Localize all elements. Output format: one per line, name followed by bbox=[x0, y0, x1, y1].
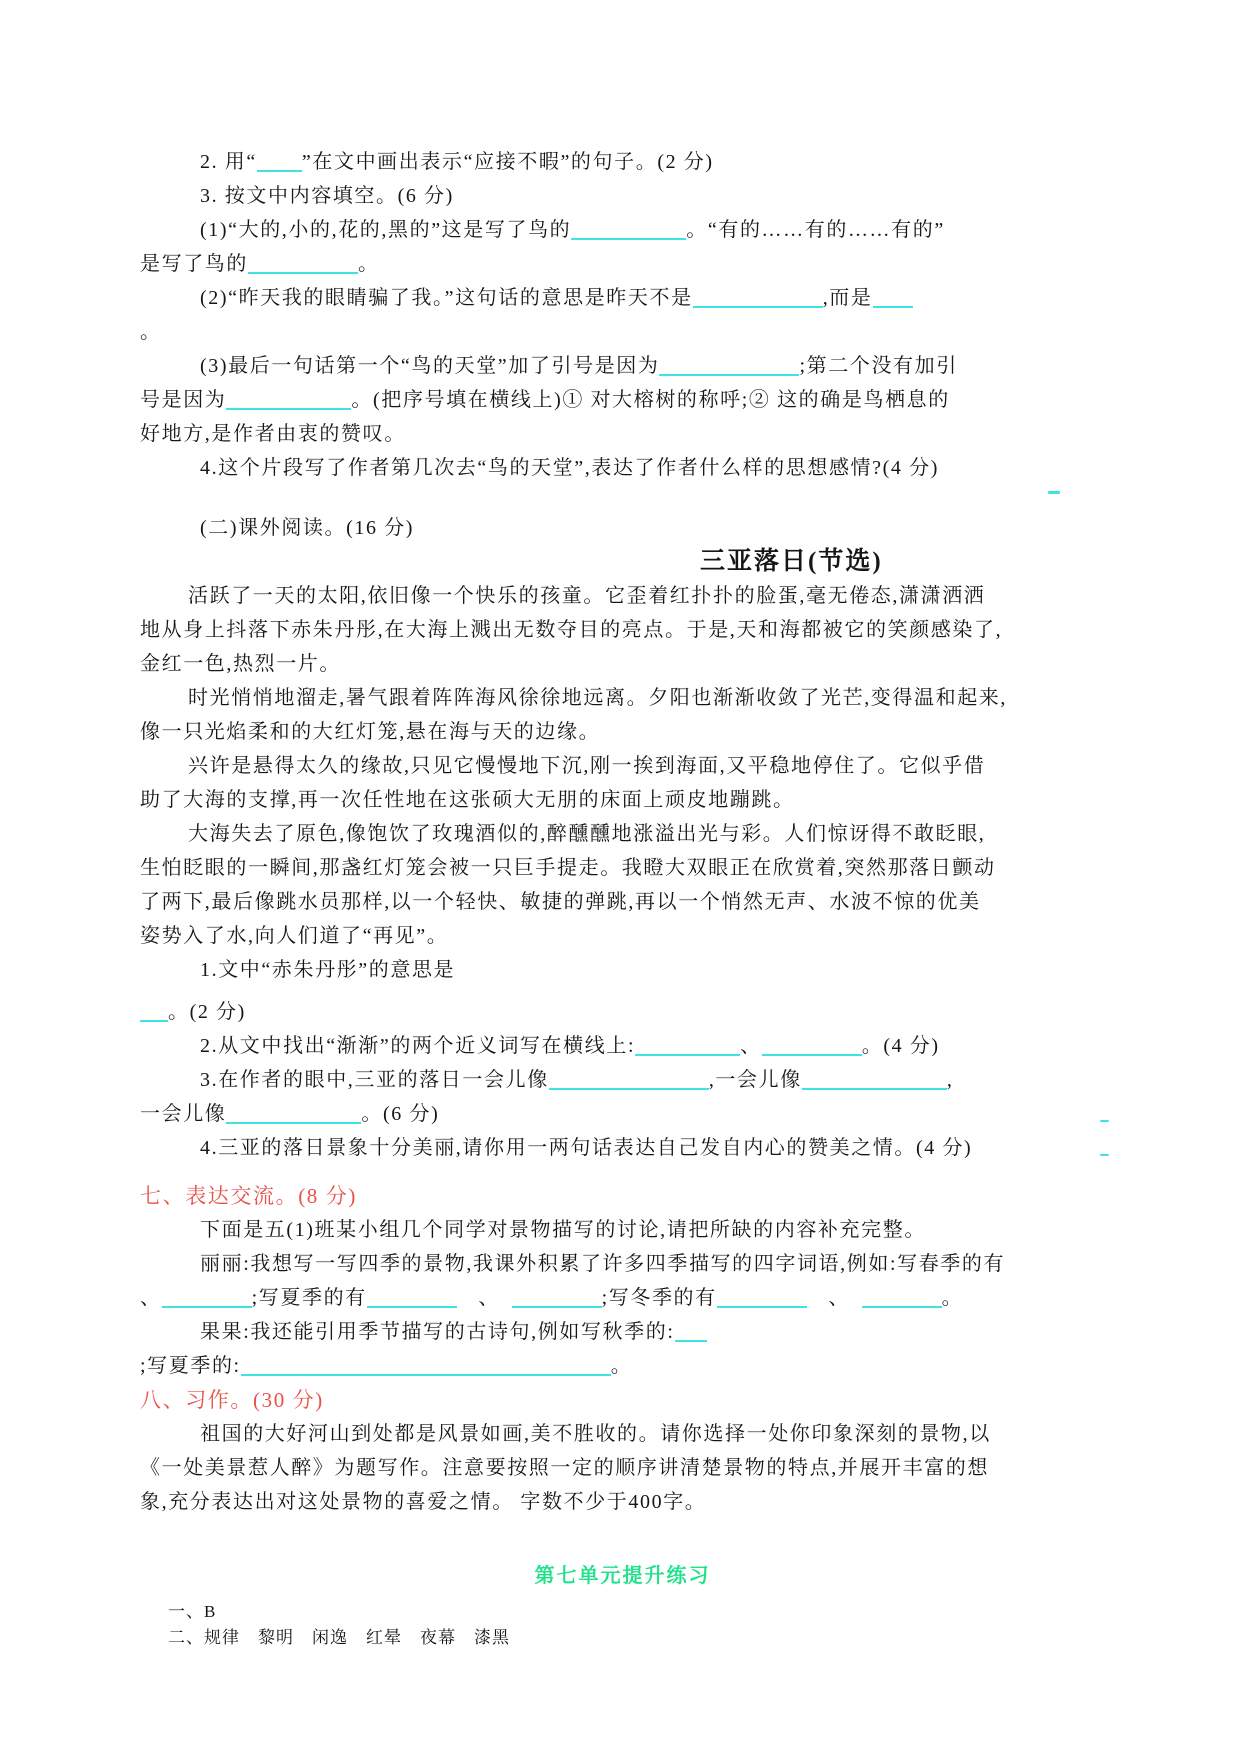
answer-key-title: 第七单元提升练习 bbox=[140, 1559, 1105, 1593]
answer-blank bbox=[675, 1318, 707, 1342]
text-run: 号是因为 bbox=[140, 389, 226, 411]
text-run: ;第二个没有加引 bbox=[799, 355, 957, 377]
text-run: 兴许是悬得太久的缘故,只见它慢慢地下沉,刚一挨到海面,又平稳地停住了。它似乎借 bbox=[188, 755, 985, 777]
lili-line1: 丽丽:我想写一写四季的景物,我课外积累了许多四季描写的四字词语,例如:写春季的有 bbox=[140, 1247, 1105, 1281]
text-run: 三亚落日(节选) bbox=[700, 548, 883, 575]
text-run: 。(2 分) bbox=[168, 1001, 246, 1023]
text-run: 姿势入了水,向人们道了“再见”。 bbox=[140, 925, 448, 947]
scan-artifact-dash bbox=[1100, 1120, 1109, 1122]
text-run: 。(把序号填在横线上)① 对大榕树的称呼;② 这的确是鸟栖息的 bbox=[351, 389, 949, 411]
text-run: 助了大海的支撑,再一次任性地在这张硕大无朋的床面上顽皮地蹦跳。 bbox=[140, 789, 795, 811]
text-run: 祖国的大好河山到处都是风景如画,美不胜收的。请你选择一处你印象深刻的景物,以 bbox=[200, 1423, 991, 1445]
answer-blank bbox=[659, 352, 799, 376]
q2-line: 2. 用“”在文中画出表示“应接不暇”的句子。(2 分) bbox=[140, 145, 1105, 179]
s8-line3: 象,充分表达出对这处景物的喜爱之情。 字数不少于400字。 bbox=[140, 1485, 1105, 1519]
answer-blank bbox=[140, 998, 168, 1022]
answer-blank bbox=[635, 1032, 740, 1056]
para3-line1: 兴许是悬得太久的缘故,只见它慢慢地下沉,刚一挨到海面,又平稳地停住了。它似乎借 bbox=[140, 749, 1105, 783]
text-run: 七、表达交流。(8 分) bbox=[140, 1184, 357, 1208]
text-run: 3. 按文中内容填空。(6 分) bbox=[200, 185, 454, 207]
answer-blank bbox=[571, 216, 686, 240]
answer-blank bbox=[226, 386, 351, 410]
rq1-answer-line: 。(2 分) bbox=[140, 995, 1105, 1029]
text-run: 。“有的……有的……有的” bbox=[686, 219, 945, 241]
exam-page: 2. 用“”在文中画出表示“应接不暇”的句子。(2 分)3. 按文中内容填空。(… bbox=[0, 0, 1241, 1754]
gap-before-reading2 bbox=[140, 485, 1105, 511]
text-run: 果果:我还能引用季节描写的古诗句,例如写秋季的: bbox=[200, 1321, 675, 1343]
answer-blank bbox=[693, 284, 823, 308]
text-run: 生怕眨眼的一瞬间,那盏红灯笼会被一只巨手提走。我瞪大双眼正在欣赏着,突然那落日颤… bbox=[140, 857, 996, 879]
answer-blank bbox=[226, 1100, 361, 1124]
rq1-line: 1.文中“赤朱丹彤”的意思是 bbox=[140, 953, 1105, 987]
section7-heading: 七、表达交流。(8 分) bbox=[140, 1179, 1105, 1213]
text-run: 丽丽:我想写一写四季的景物,我课外积累了许多四季描写的四字词语,例如:写春季的有 bbox=[200, 1253, 1005, 1275]
scan-artifact-dash bbox=[1100, 1154, 1109, 1156]
text-run: ;写冬季的有 bbox=[602, 1287, 717, 1309]
s8-line1: 祖国的大好河山到处都是风景如画,美不胜收的。请你选择一处你印象深刻的景物,以 bbox=[140, 1417, 1105, 1451]
text-run: 大海失去了原色,像饱饮了玫瑰酒似的,醉醺醺地涨溢出光与彩。人们惊讶得不敢眨眼, bbox=[188, 823, 985, 845]
text-run: 八、习作。(30 分) bbox=[140, 1388, 324, 1412]
text-run: ;写夏季的有 bbox=[252, 1287, 367, 1309]
passage-title: 三亚落日(节选) bbox=[140, 545, 1105, 579]
answer-blank bbox=[717, 1284, 807, 1308]
text-run: (1)“大的,小的,花的,黑的”这是写了鸟的 bbox=[200, 219, 571, 241]
para4-line4: 姿势入了水,向人们道了“再见”。 bbox=[140, 919, 1105, 953]
rq3-line: 3.在作者的眼中,三亚的落日一会儿像,一会儿像, bbox=[140, 1063, 1105, 1097]
q4-line: 4.这个片段写了作者第几次去“鸟的天堂”,表达了作者什么样的思想感情?(4 分) bbox=[140, 451, 1105, 485]
text-run: (2)“昨天我的眼睛骗了我。”这句话的意思是昨天不是 bbox=[200, 287, 693, 309]
answer-blank bbox=[549, 1066, 709, 1090]
text-run: 好地方,是作者由衷的赞叹。 bbox=[140, 423, 406, 445]
scan-artifact-dash bbox=[1048, 491, 1060, 494]
text-run: 像一只光焰柔和的大红灯笼,悬在海与天的边缘。 bbox=[140, 721, 600, 743]
answer-blank bbox=[802, 1066, 947, 1090]
answer-blank bbox=[248, 250, 358, 274]
answer-blank bbox=[367, 1284, 457, 1308]
lili-line2: 、;写夏季的有 、 ;写冬季的有 、 。 bbox=[140, 1281, 1105, 1315]
answer-key-line1: 一、B bbox=[140, 1599, 1105, 1625]
text-run: (二)课外阅读。(16 分) bbox=[200, 517, 414, 539]
answer-key-line2: 二、规律 黎明 闲逸 红晕 夜幕 漆黑 bbox=[140, 1625, 1105, 1651]
gap-before-section7 bbox=[140, 1165, 1105, 1179]
text-run: 、 bbox=[740, 1035, 762, 1057]
rq2-line: 2.从文中找出“渐渐”的两个近义词写在横线上:、。(4 分) bbox=[140, 1029, 1105, 1063]
para2-line1: 时光悄悄地溜走,暑气跟着阵阵海风徐徐地远离。夕阳也渐渐收敛了光芒,变得温和起来, bbox=[140, 681, 1105, 715]
text-run: 。 bbox=[942, 1287, 964, 1309]
para2-line2: 像一只光焰柔和的大红灯笼,悬在海与天的边缘。 bbox=[140, 715, 1105, 749]
answer-blank bbox=[257, 148, 302, 172]
text-run: 。(4 分) bbox=[862, 1035, 940, 1057]
q3-1-line: (1)“大的,小的,花的,黑的”这是写了鸟的。“有的……有的……有的” bbox=[140, 213, 1105, 247]
document-body: 2. 用“”在文中画出表示“应接不暇”的句子。(2 分)3. 按文中内容填空。(… bbox=[140, 145, 1105, 1651]
text-run: 4.三亚的落日景象十分美丽,请你用一两句话表达自己发自内心的赞美之情。(4 分) bbox=[200, 1137, 972, 1159]
answer-blank bbox=[512, 1284, 602, 1308]
text-run: 了两下,最后像跳水员那样,以一个轻快、敏捷的弹跳,再以一个悄然无声、水波不惊的优… bbox=[140, 891, 981, 913]
answer-blank bbox=[162, 1284, 252, 1308]
guoguo-line2: ;写夏季的:。 bbox=[140, 1349, 1105, 1383]
answer-blank bbox=[873, 284, 913, 308]
answer-blank bbox=[762, 1032, 862, 1056]
rq3-wrap: 一会儿像。(6 分) bbox=[140, 1097, 1105, 1131]
text-run: 地从身上抖落下赤朱丹彤,在大海上溅出无数夺目的亮点。于是,天和海都被它的笑颜感染… bbox=[140, 619, 1002, 641]
answer-blank bbox=[862, 1284, 942, 1308]
text-run: ,一会儿像 bbox=[709, 1069, 802, 1091]
text-run: 一会儿像 bbox=[140, 1103, 226, 1125]
text-run: 第七单元提升练习 bbox=[535, 1565, 711, 1587]
text-run: 3.在作者的眼中,三亚的落日一会儿像 bbox=[200, 1069, 549, 1091]
text-run: 、 bbox=[140, 1287, 162, 1309]
para4-line1: 大海失去了原色,像饱饮了玫瑰酒似的,醉醺醺地涨溢出光与彩。人们惊讶得不敢眨眼, bbox=[140, 817, 1105, 851]
text-run: 。(6 分) bbox=[361, 1103, 439, 1125]
text-run: 1.文中“赤朱丹彤”的意思是 bbox=[200, 959, 455, 981]
gap-before-answers bbox=[140, 1519, 1105, 1559]
rq4-line: 4.三亚的落日景象十分美丽,请你用一两句话表达自己发自内心的赞美之情。(4 分) bbox=[140, 1131, 1105, 1165]
text-run: 2. 用“ bbox=[200, 151, 257, 173]
text-run: 。 bbox=[358, 253, 380, 275]
text-run: 象,充分表达出对这处景物的喜爱之情。 字数不少于400字。 bbox=[140, 1491, 706, 1513]
text-run: 《一处美景惹人醉》为题写作。注意要按照一定的顺序讲清楚景物的特点,并展开丰富的想 bbox=[140, 1457, 989, 1479]
text-run: ”在文中画出表示“应接不暇”的句子。(2 分) bbox=[302, 151, 714, 173]
text-run: 4.这个片段写了作者第几次去“鸟的天堂”,表达了作者什么样的思想感情?(4 分) bbox=[200, 457, 939, 479]
q3-1-wrap: 是写了鸟的。 bbox=[140, 247, 1105, 281]
q3-2-wrap: 。 bbox=[140, 315, 1105, 349]
text-run: 是写了鸟的 bbox=[140, 253, 248, 275]
para1-line2: 地从身上抖落下赤朱丹彤,在大海上溅出无数夺目的亮点。于是,天和海都被它的笑颜感染… bbox=[140, 613, 1105, 647]
text-run: 、 bbox=[807, 1287, 862, 1309]
text-run: 时光悄悄地溜走,暑气跟着阵阵海风徐徐地远离。夕阳也渐渐收敛了光芒,变得温和起来, bbox=[188, 687, 1007, 709]
para4-line2: 生怕眨眼的一瞬间,那盏红灯笼会被一只巨手提走。我瞪大双眼正在欣赏着,突然那落日颤… bbox=[140, 851, 1105, 885]
text-run: 一、B bbox=[168, 1602, 216, 1621]
para3-line2: 助了大海的支撑,再一次任性地在这张硕大无朋的床面上顽皮地蹦跳。 bbox=[140, 783, 1105, 817]
s8-line2: 《一处美景惹人醉》为题写作。注意要按照一定的顺序讲清楚景物的特点,并展开丰富的想 bbox=[140, 1451, 1105, 1485]
text-run: 。 bbox=[140, 321, 162, 343]
text-run: 二、规律 黎明 闲逸 红晕 夜幕 漆黑 bbox=[168, 1628, 510, 1647]
guoguo-line1: 果果:我还能引用季节描写的古诗句,例如写秋季的: bbox=[140, 1315, 1105, 1349]
text-run: ,而是 bbox=[823, 287, 873, 309]
text-run: 金红一色,热烈一片。 bbox=[140, 653, 341, 675]
q3-3-line: (3)最后一句话第一个“鸟的天堂”加了引号是因为;第二个没有加引 bbox=[140, 349, 1105, 383]
section8-heading: 八、习作。(30 分) bbox=[140, 1383, 1105, 1417]
text-run: 。 bbox=[611, 1355, 633, 1377]
text-run: , bbox=[947, 1069, 954, 1091]
text-run: (3)最后一句话第一个“鸟的天堂”加了引号是因为 bbox=[200, 355, 659, 377]
text-run: ;写夏季的: bbox=[140, 1355, 241, 1377]
q3-line: 3. 按文中内容填空。(6 分) bbox=[140, 179, 1105, 213]
reading2-heading: (二)课外阅读。(16 分) bbox=[140, 511, 1105, 545]
answer-blank bbox=[241, 1352, 611, 1376]
q3-2-line: (2)“昨天我的眼睛骗了我。”这句话的意思是昨天不是,而是 bbox=[140, 281, 1105, 315]
q3-3-wrap1: 号是因为。(把序号填在横线上)① 对大榕树的称呼;② 这的确是鸟栖息的 bbox=[140, 383, 1105, 417]
s7-intro: 下面是五(1)班某小组几个同学对景物描写的讨论,请把所缺的内容补充完整。 bbox=[140, 1213, 1105, 1247]
text-run: 下面是五(1)班某小组几个同学对景物描写的讨论,请把所缺的内容补充完整。 bbox=[200, 1219, 926, 1241]
text-run: 、 bbox=[457, 1287, 512, 1309]
q3-3-wrap2: 好地方,是作者由衷的赞叹。 bbox=[140, 417, 1105, 451]
para1-line1: 活跃了一天的太阳,依旧像一个快乐的孩童。它歪着红扑扑的脸蛋,毫无倦态,潇潇洒洒 bbox=[140, 579, 1105, 613]
text-run: 2.从文中找出“渐渐”的两个近义词写在横线上: bbox=[200, 1035, 635, 1057]
para1-line3: 金红一色,热烈一片。 bbox=[140, 647, 1105, 681]
para4-line3: 了两下,最后像跳水员那样,以一个轻快、敏捷的弹跳,再以一个悄然无声、水波不惊的优… bbox=[140, 885, 1105, 919]
text-run: 活跃了一天的太阳,依旧像一个快乐的孩童。它歪着红扑扑的脸蛋,毫无倦态,潇潇洒洒 bbox=[188, 585, 985, 607]
